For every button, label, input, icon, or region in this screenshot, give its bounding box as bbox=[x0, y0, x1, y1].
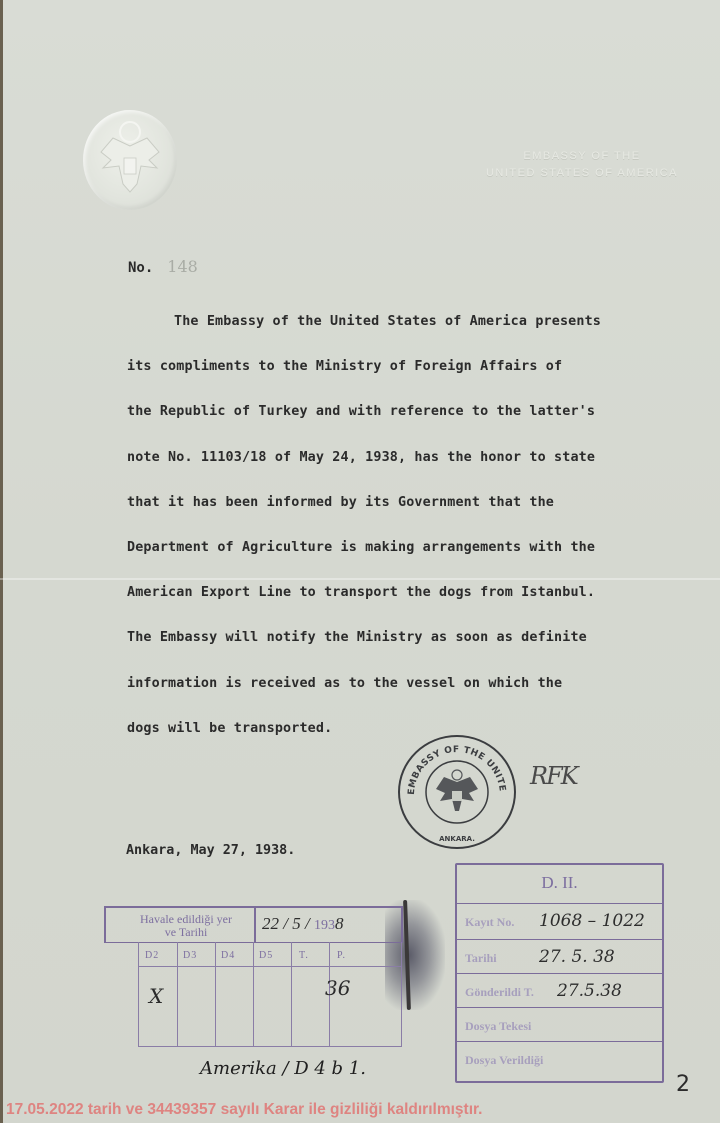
mark-d2: X bbox=[149, 984, 163, 1008]
row-divider bbox=[457, 1041, 662, 1042]
registry-value-tarihi: 27. 5. 38 bbox=[539, 947, 615, 967]
great-seal-eagle-icon bbox=[83, 110, 177, 210]
eagle-icon bbox=[436, 770, 478, 811]
note-number: No.148 bbox=[128, 257, 198, 276]
havale-label-line-2: ve Tarihi bbox=[116, 926, 256, 939]
handwritten-initials: RFK bbox=[530, 762, 577, 790]
body-line: that it has been informed by its Governm… bbox=[127, 480, 657, 525]
letterhead-line-1: EMBASSY OF THE bbox=[486, 148, 678, 165]
havale-date: 22 / 5 / 1938 bbox=[262, 914, 343, 934]
grid-header-d4: D4 bbox=[221, 950, 235, 961]
grid-header-d3: D3 bbox=[183, 950, 197, 961]
note-number-value: 148 bbox=[167, 257, 198, 276]
registry-label-tarihi: Tarihi bbox=[465, 951, 497, 966]
grid-header-p: P. bbox=[337, 950, 346, 961]
grid-header-d2: D2 bbox=[145, 950, 159, 961]
body-line: note No. 11103/18 of May 24, 1938, has t… bbox=[127, 435, 657, 480]
body-line: The Embassy of the United States of Amer… bbox=[127, 299, 657, 344]
grid-col-line bbox=[177, 942, 178, 1046]
document-page: EMBASSY OF THE UNITED STATES OF AMERICA … bbox=[0, 0, 720, 1123]
havale-stamp-header: Havale edildiği yer ve Tarihi 22 / 5 / 1… bbox=[104, 906, 403, 943]
row-divider bbox=[457, 939, 662, 940]
body-line: the Republic of Turkey and with referenc… bbox=[127, 389, 657, 434]
registry-label-dosya-tekesi: Dosya Tekesi bbox=[465, 1019, 531, 1034]
row-divider bbox=[457, 1007, 662, 1008]
place-and-date: Ankara, May 27, 1938. bbox=[126, 843, 295, 858]
havale-date-year-digit: 8 bbox=[335, 914, 344, 933]
registry-value-kayit-no: 1068 – 1022 bbox=[539, 911, 645, 931]
body-line: its compliments to the Ministry of Forei… bbox=[127, 344, 657, 389]
havale-date-printed-year: 193 bbox=[314, 918, 335, 933]
page-number: 2 bbox=[676, 1072, 690, 1097]
grid-header-line bbox=[139, 966, 401, 967]
registry-label-dosya-verildigi: Dosya Verildiği bbox=[465, 1053, 543, 1068]
note-number-label: No. bbox=[128, 260, 153, 276]
letter-body: The Embassy of the United States of Amer… bbox=[127, 299, 657, 751]
grid-col-line bbox=[215, 942, 216, 1046]
havale-date-handwritten: 22 / 5 / bbox=[262, 914, 310, 933]
registry-stamp-d2: D. II. Kayıt No. 1068 – 1022 Tarihi 27. … bbox=[455, 863, 664, 1083]
seal-text-bottom: ANKARA. bbox=[439, 835, 475, 843]
body-line: American Export Line to transport the do… bbox=[127, 570, 657, 615]
body-line: dogs will be transported. bbox=[127, 706, 657, 751]
body-line: The Embassy will notify the Ministry as … bbox=[127, 615, 657, 660]
registry-label-kayit-no: Kayıt No. bbox=[465, 915, 514, 930]
handwritten-file-reference: Amerika / D 4 b 1. bbox=[200, 1058, 366, 1079]
registry-stamp-title: D. II. bbox=[457, 873, 662, 893]
grid-col-line bbox=[253, 942, 254, 1046]
registry-value-gonderildi: 27.5.38 bbox=[557, 981, 622, 1001]
handwritten-number: 36 bbox=[325, 976, 350, 1000]
divider bbox=[254, 908, 256, 942]
body-line: Department of Agriculture is making arra… bbox=[127, 525, 657, 570]
page-edge bbox=[0, 0, 3, 1123]
row-divider bbox=[457, 903, 662, 904]
grid-header-d5: D5 bbox=[259, 950, 273, 961]
grid-header-t: T. bbox=[299, 950, 309, 961]
havale-distribution-grid: D2 D3 D4 D5 T. P. X 36 bbox=[138, 942, 402, 1047]
letterhead-emboss-text: EMBASSY OF THE UNITED STATES OF AMERICA bbox=[486, 148, 678, 182]
row-divider bbox=[457, 973, 662, 974]
grid-col-line bbox=[291, 942, 292, 1046]
havale-label: Havale edildiği yer ve Tarihi bbox=[116, 913, 256, 939]
body-line: information is received as to the vessel… bbox=[127, 661, 657, 706]
declassification-watermark: 17.05.2022 tarih ve 34439357 sayılı Kara… bbox=[6, 1101, 482, 1119]
havale-stamp: Havale edildiği yer ve Tarihi 22 / 5 / 1… bbox=[104, 906, 404, 1048]
registry-label-gonderildi: Gönderildi T. bbox=[465, 985, 534, 1000]
embassy-seal-stamp: EMBASSY OF THE UNITED STATES OF AMERICA … bbox=[398, 735, 516, 849]
letterhead-line-2: UNITED STATES OF AMERICA bbox=[486, 165, 678, 182]
